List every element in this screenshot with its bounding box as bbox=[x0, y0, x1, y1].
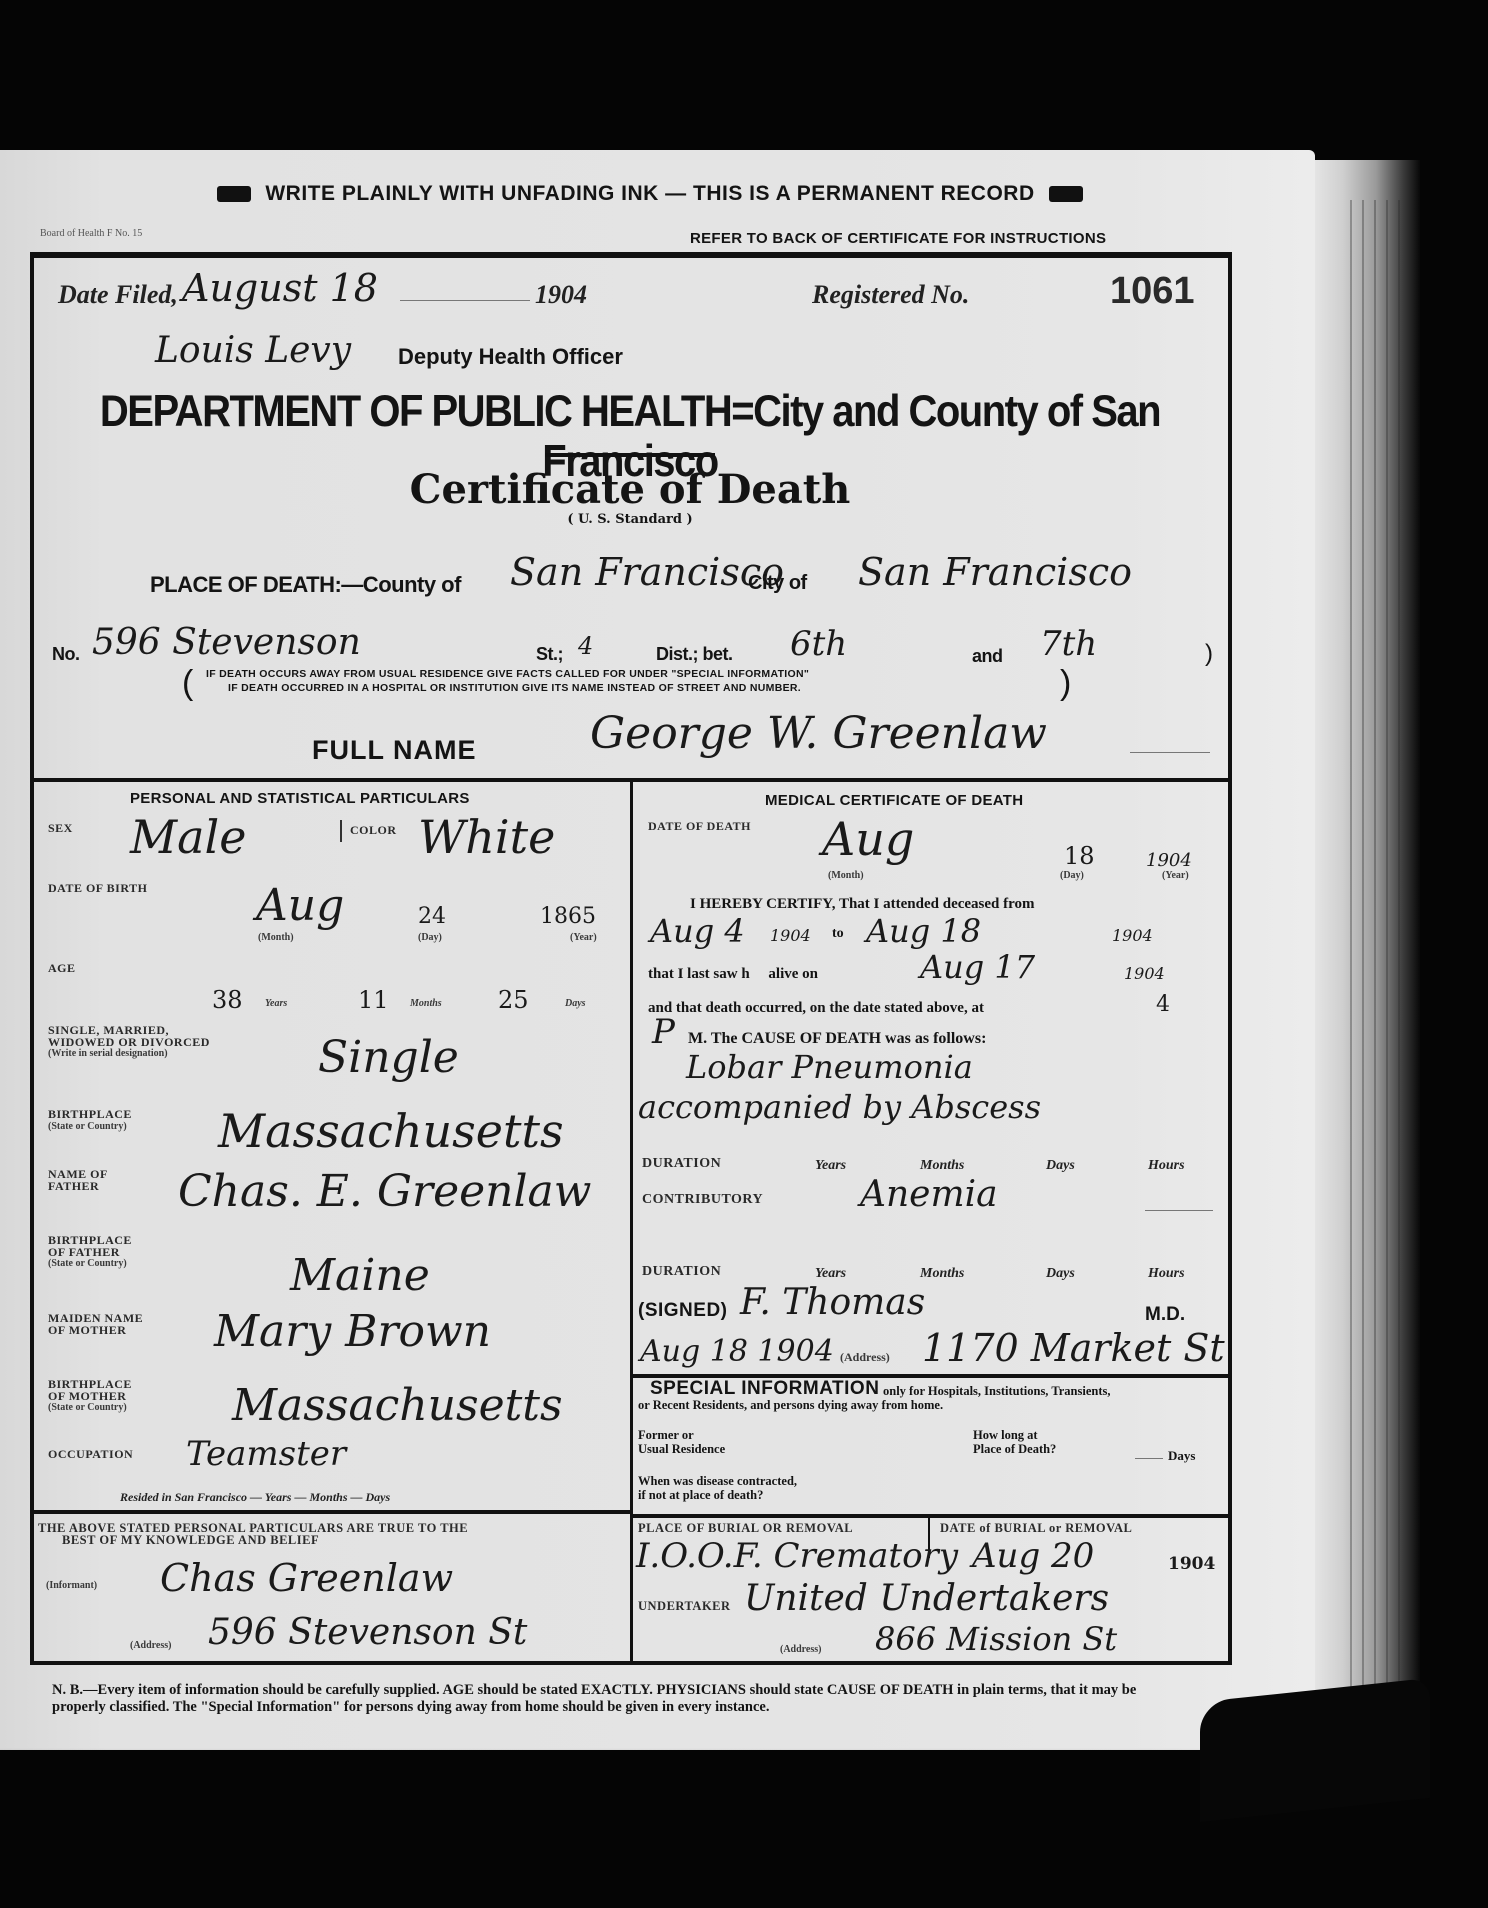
occupation-value: Teamster bbox=[186, 1434, 346, 1474]
place-of-death-label: PLACE OF DEATH:—County of bbox=[150, 572, 461, 598]
certify-text: I HEREBY CERTIFY, That I attended deceas… bbox=[690, 896, 1035, 913]
duration-label-1: DURATION bbox=[642, 1158, 721, 1170]
footer-note: N. B.—Every item of information should b… bbox=[52, 1682, 1152, 1716]
signed-date: Aug 18 1904 bbox=[640, 1334, 834, 1369]
special-heading: SPECIAL INFORMATION bbox=[650, 1378, 879, 1400]
dist-between-label: Dist.; bet. bbox=[656, 644, 733, 665]
age-label: AGE bbox=[48, 962, 76, 974]
full-name-rule bbox=[1130, 752, 1210, 753]
occurred-time: 4 bbox=[1156, 992, 1170, 1017]
date-filed-label: Date Filed, bbox=[58, 280, 178, 310]
refer-to-back-note: REFER TO BACK OF CERTIFICATE FOR INSTRUC… bbox=[690, 230, 1106, 247]
burial-place-value: I.O.O.F. Crematory bbox=[636, 1536, 958, 1576]
cause-line-1: Lobar Pneumonia bbox=[686, 1048, 973, 1086]
officer-title: Deputy Health Officer bbox=[398, 344, 623, 370]
registered-no-label: Registered No. bbox=[812, 280, 969, 310]
occurred-meridian: P bbox=[652, 1012, 675, 1052]
sex-label: SEX bbox=[48, 822, 73, 834]
resided-label: Resided in San Francisco — Years — Month… bbox=[120, 1490, 390, 1505]
age-months: 11 bbox=[358, 986, 389, 1014]
and-label: and bbox=[972, 646, 1003, 667]
st-label: St.; bbox=[536, 644, 563, 665]
father-birthplace-value: Maine bbox=[290, 1250, 430, 1301]
occurred-text: and that death occurred, on the date sta… bbox=[648, 1000, 984, 1017]
date-filed-year: 1904 bbox=[535, 280, 587, 310]
burial-place-label: PLACE OF BURIAL OR REMOVAL bbox=[638, 1522, 853, 1534]
undertaker-address-label: (Address) bbox=[780, 1644, 821, 1655]
contributory-rule bbox=[1145, 1210, 1213, 1211]
instruction-line-1: IF DEATH OCCURS AWAY FROM USUAL RESIDENC… bbox=[206, 668, 809, 680]
duration-label-2: DURATION bbox=[642, 1266, 721, 1278]
former-residence-label: Former or Usual Residence bbox=[638, 1428, 725, 1456]
dob-year-label: (Year) bbox=[570, 932, 597, 943]
dod-label: DATE OF DEATH bbox=[648, 820, 751, 832]
mother-birthplace-label-3: (State or Country) bbox=[48, 1402, 127, 1413]
instruction-paren-left: ( bbox=[182, 664, 193, 703]
special-note-2: or Recent Residents, and persons dying a… bbox=[638, 1398, 943, 1413]
closing-paren: ) bbox=[1205, 640, 1213, 668]
district-value: 4 bbox=[578, 632, 593, 660]
how-long-label: How long at Place of Death? bbox=[973, 1428, 1056, 1456]
last-saw-text: that I last saw h alive on bbox=[648, 966, 818, 983]
when-contracted-label: When was disease contracted, if not at p… bbox=[638, 1474, 797, 1502]
signed-label: (SIGNED) bbox=[638, 1300, 728, 1322]
duration-hours-label-2: Hours bbox=[1148, 1266, 1185, 1282]
duration-years-label-2: Years bbox=[815, 1266, 846, 1282]
title-rule bbox=[545, 453, 715, 457]
marital-label-2: WIDOWED OR DIVORCED bbox=[48, 1036, 210, 1048]
duration-days-label-2: Days bbox=[1046, 1266, 1075, 1282]
dod-month-label: (Month) bbox=[828, 870, 864, 881]
father-birthplace-label-2: OF FATHER bbox=[48, 1246, 120, 1258]
burial-date-label: DATE of BURIAL or REMOVAL bbox=[940, 1522, 1132, 1534]
how-long-days-rule bbox=[1135, 1458, 1163, 1459]
last-saw-date: Aug 17 bbox=[920, 948, 1035, 986]
contributory-value: Anemia bbox=[860, 1174, 998, 1215]
pointing-hand-icon bbox=[1049, 186, 1083, 202]
attended-to: Aug 18 bbox=[866, 912, 981, 950]
age-days: 25 bbox=[498, 986, 529, 1014]
registered-number: 1061 bbox=[1110, 270, 1195, 313]
date-filed-value: August 18 bbox=[182, 266, 378, 310]
dob-day-label: (Day) bbox=[418, 932, 442, 943]
duration-months-label-1: Months bbox=[920, 1158, 964, 1174]
age-months-label: Months bbox=[410, 998, 442, 1009]
marital-value: Single bbox=[318, 1032, 459, 1083]
informant-address-label: (Address) bbox=[130, 1640, 171, 1651]
pointing-hand-icon bbox=[217, 186, 251, 202]
certificate-title: Certificate of Death bbox=[300, 466, 960, 513]
mother-label-2: OF MOTHER bbox=[48, 1324, 126, 1336]
page-bottom-shadow bbox=[0, 1748, 1315, 1788]
duration-years-label-1: Years bbox=[815, 1158, 846, 1174]
physician-signature: F. Thomas bbox=[740, 1282, 925, 1323]
birthplace-label-1: BIRTHPLACE bbox=[48, 1108, 132, 1120]
officer-signature: Louis Levy bbox=[155, 330, 351, 371]
to-label: to bbox=[832, 926, 844, 942]
medical-heading: MEDICAL CERTIFICATE OF DEATH bbox=[765, 792, 1023, 809]
street-value: 596 Stevenson bbox=[92, 622, 361, 663]
cause-line-2: accompanied by Abscess bbox=[638, 1088, 1041, 1126]
form-code: Board of Health F No. 15 bbox=[40, 228, 142, 239]
burial-divider bbox=[632, 1514, 1228, 1518]
dod-day-label: (Day) bbox=[1060, 870, 1084, 881]
informant-label: (Informant) bbox=[46, 1580, 97, 1591]
full-name-label: FULL NAME bbox=[312, 735, 477, 766]
duration-hours-label-1: Hours bbox=[1148, 1158, 1185, 1174]
date-filed-rule bbox=[400, 300, 530, 301]
md-label: M.D. bbox=[1145, 1304, 1185, 1326]
birthplace-value: Massachusetts bbox=[218, 1104, 564, 1158]
personal-heading: PERSONAL AND STATISTICAL PARTICULARS bbox=[130, 790, 470, 807]
informant-value: Chas Greenlaw bbox=[160, 1556, 453, 1600]
full-name-value: George W. Greenlaw bbox=[590, 708, 1047, 759]
attended-from: Aug 4 bbox=[650, 912, 745, 950]
how-long-days-label: Days bbox=[1168, 1448, 1195, 1464]
instruction-line-2: IF DEATH OCCURRED IN A HOSPITAL OR INSTI… bbox=[228, 682, 801, 694]
dob-label: DATE OF BIRTH bbox=[48, 882, 147, 894]
dod-year-label: (Year) bbox=[1162, 870, 1189, 881]
last-saw-year: 1904 bbox=[1124, 964, 1165, 983]
mother-birthplace-value: Massachusetts bbox=[232, 1380, 563, 1431]
city-label: City of bbox=[748, 572, 807, 595]
undertaker-value: United Undertakers bbox=[744, 1578, 1109, 1619]
age-years-label: Years bbox=[265, 998, 287, 1009]
undertaker-address-value: 866 Mission St bbox=[875, 1620, 1117, 1658]
street-number-label: No. bbox=[52, 644, 80, 665]
contributory-label: CONTRIBUTORY bbox=[642, 1194, 763, 1206]
special-note-1: only for Hospitals, Institutions, Transi… bbox=[883, 1384, 1110, 1399]
mother-birthplace-label-2: OF MOTHER bbox=[48, 1390, 126, 1402]
between-street-2: 7th bbox=[1040, 624, 1097, 664]
dob-day: 24 bbox=[418, 904, 446, 929]
father-value: Chas. E. Greenlaw bbox=[178, 1166, 591, 1217]
thumb-shadow bbox=[1200, 1678, 1430, 1822]
dob-month-label: (Month) bbox=[258, 932, 294, 943]
color-value: White bbox=[418, 810, 555, 864]
duration-months-label-2: Months bbox=[920, 1266, 964, 1282]
dod-month: Aug bbox=[822, 812, 914, 866]
dod-day: 18 bbox=[1064, 842, 1095, 870]
father-birthplace-label-3: (State or Country) bbox=[48, 1258, 127, 1269]
father-label-2: FATHER bbox=[48, 1180, 99, 1192]
burial-date-value: Aug 20 bbox=[972, 1536, 1094, 1576]
dob-year: 1865 bbox=[540, 904, 596, 929]
dod-year: 1904 bbox=[1146, 850, 1192, 871]
age-years: 38 bbox=[212, 986, 243, 1014]
attended-from-year: 1904 bbox=[770, 926, 811, 945]
dob-month: Aug bbox=[256, 880, 344, 931]
permanent-record-warning: WRITE PLAINLY WITH UNFADING INK — THIS I… bbox=[110, 182, 1190, 206]
physician-address-label: (Address) bbox=[840, 1350, 890, 1365]
informant-address-value: 596 Stevenson St bbox=[208, 1612, 527, 1653]
birthplace-label-2: (State or Country) bbox=[48, 1121, 127, 1132]
instruction-paren-right: ) bbox=[1060, 664, 1071, 703]
physician-address: 1170 Market St bbox=[922, 1326, 1225, 1370]
undertaker-label: UNDERTAKER bbox=[638, 1600, 731, 1612]
sex-color-divider bbox=[340, 820, 342, 842]
sex-value: Male bbox=[130, 810, 246, 864]
personal-attest-divider bbox=[34, 1510, 630, 1514]
burial-year-value: 1904 bbox=[1168, 1554, 1215, 1574]
marital-label-3: (Write in serial designation) bbox=[48, 1048, 168, 1059]
between-street-1: 6th bbox=[790, 624, 847, 664]
certificate-standard: ( U. S. Standard ) bbox=[300, 512, 960, 527]
county-value: San Francisco bbox=[510, 550, 784, 594]
duration-days-label-1: Days bbox=[1046, 1158, 1075, 1174]
age-days-label: Days bbox=[565, 998, 586, 1009]
occupation-label: OCCUPATION bbox=[48, 1448, 133, 1460]
attest-line-2: BEST OF MY KNOWLEDGE AND BELIEF bbox=[62, 1534, 319, 1546]
attended-to-year: 1904 bbox=[1112, 926, 1153, 945]
column-divider bbox=[630, 780, 633, 1665]
mother-value: Mary Brown bbox=[214, 1306, 491, 1357]
page-edge-stack bbox=[1340, 200, 1400, 1730]
cause-text: M. The CAUSE OF DEATH was as follows: bbox=[688, 1030, 986, 1048]
color-label: COLOR bbox=[350, 824, 397, 836]
city-value: San Francisco bbox=[858, 550, 1132, 594]
